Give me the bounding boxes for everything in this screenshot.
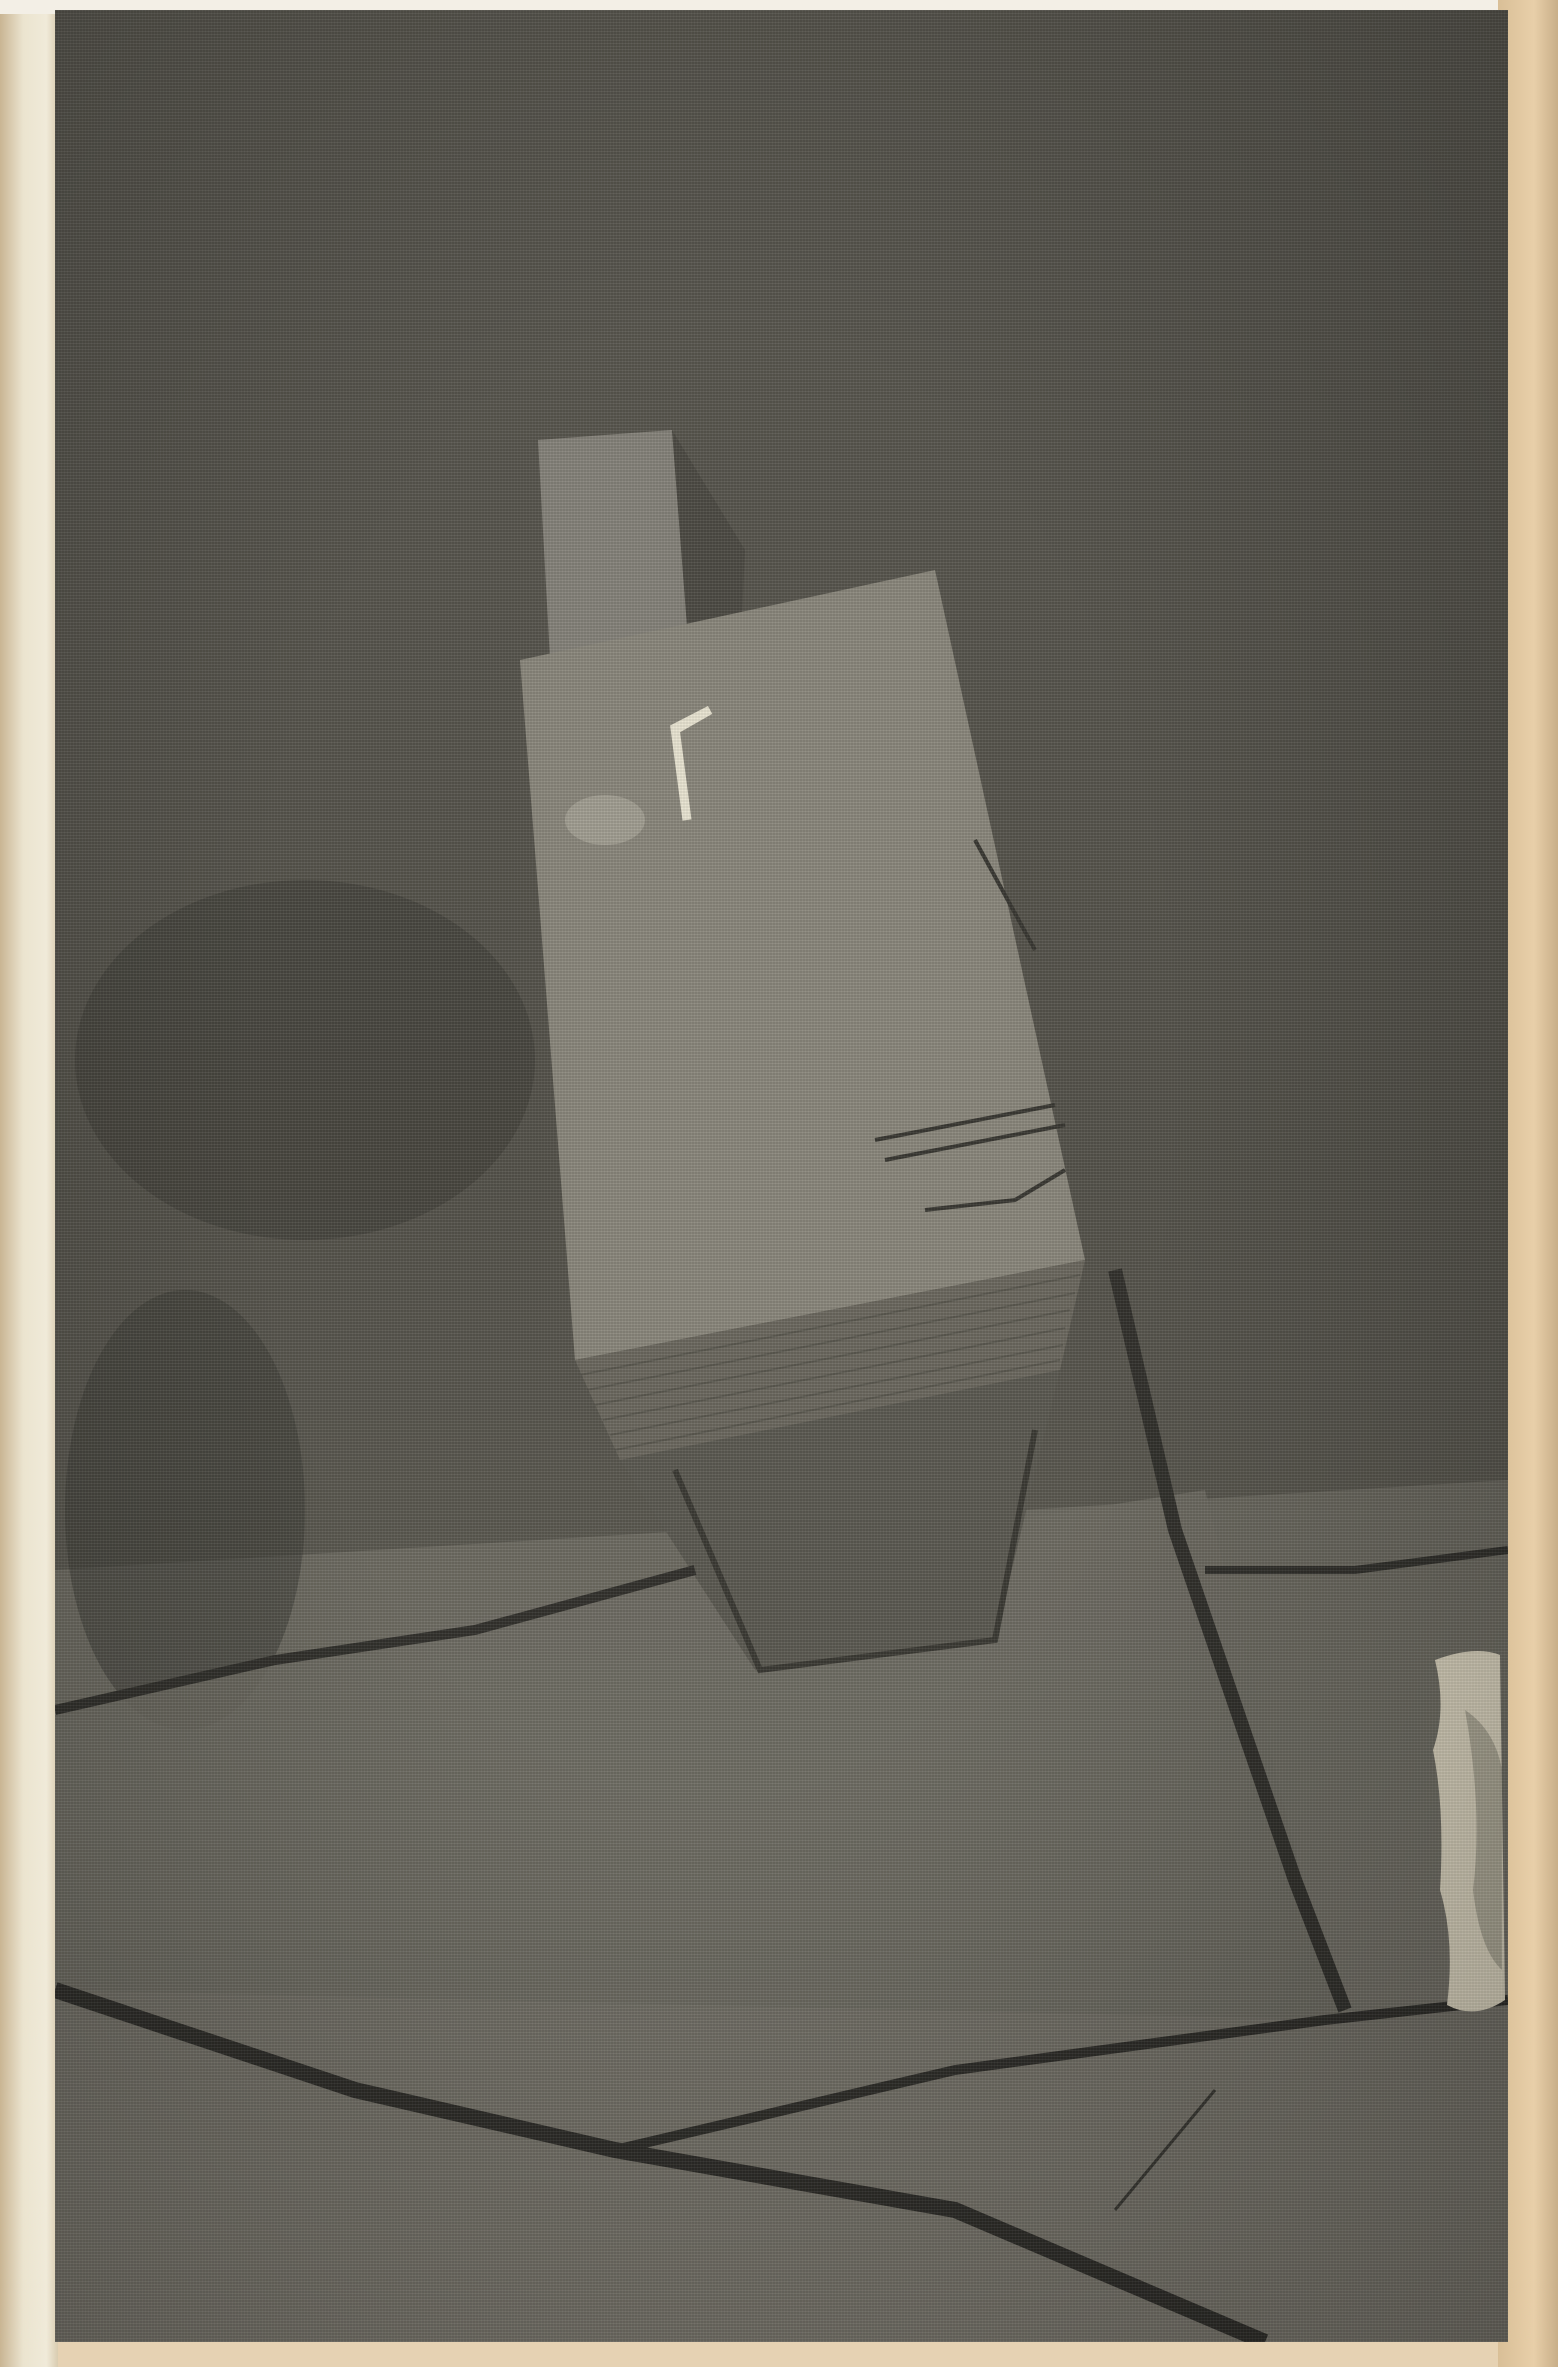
printed-photograph <box>55 10 1508 2342</box>
shadow-patch-left <box>75 880 535 1240</box>
photo-scene <box>55 10 1508 2342</box>
page-gutter-left <box>0 0 58 2367</box>
